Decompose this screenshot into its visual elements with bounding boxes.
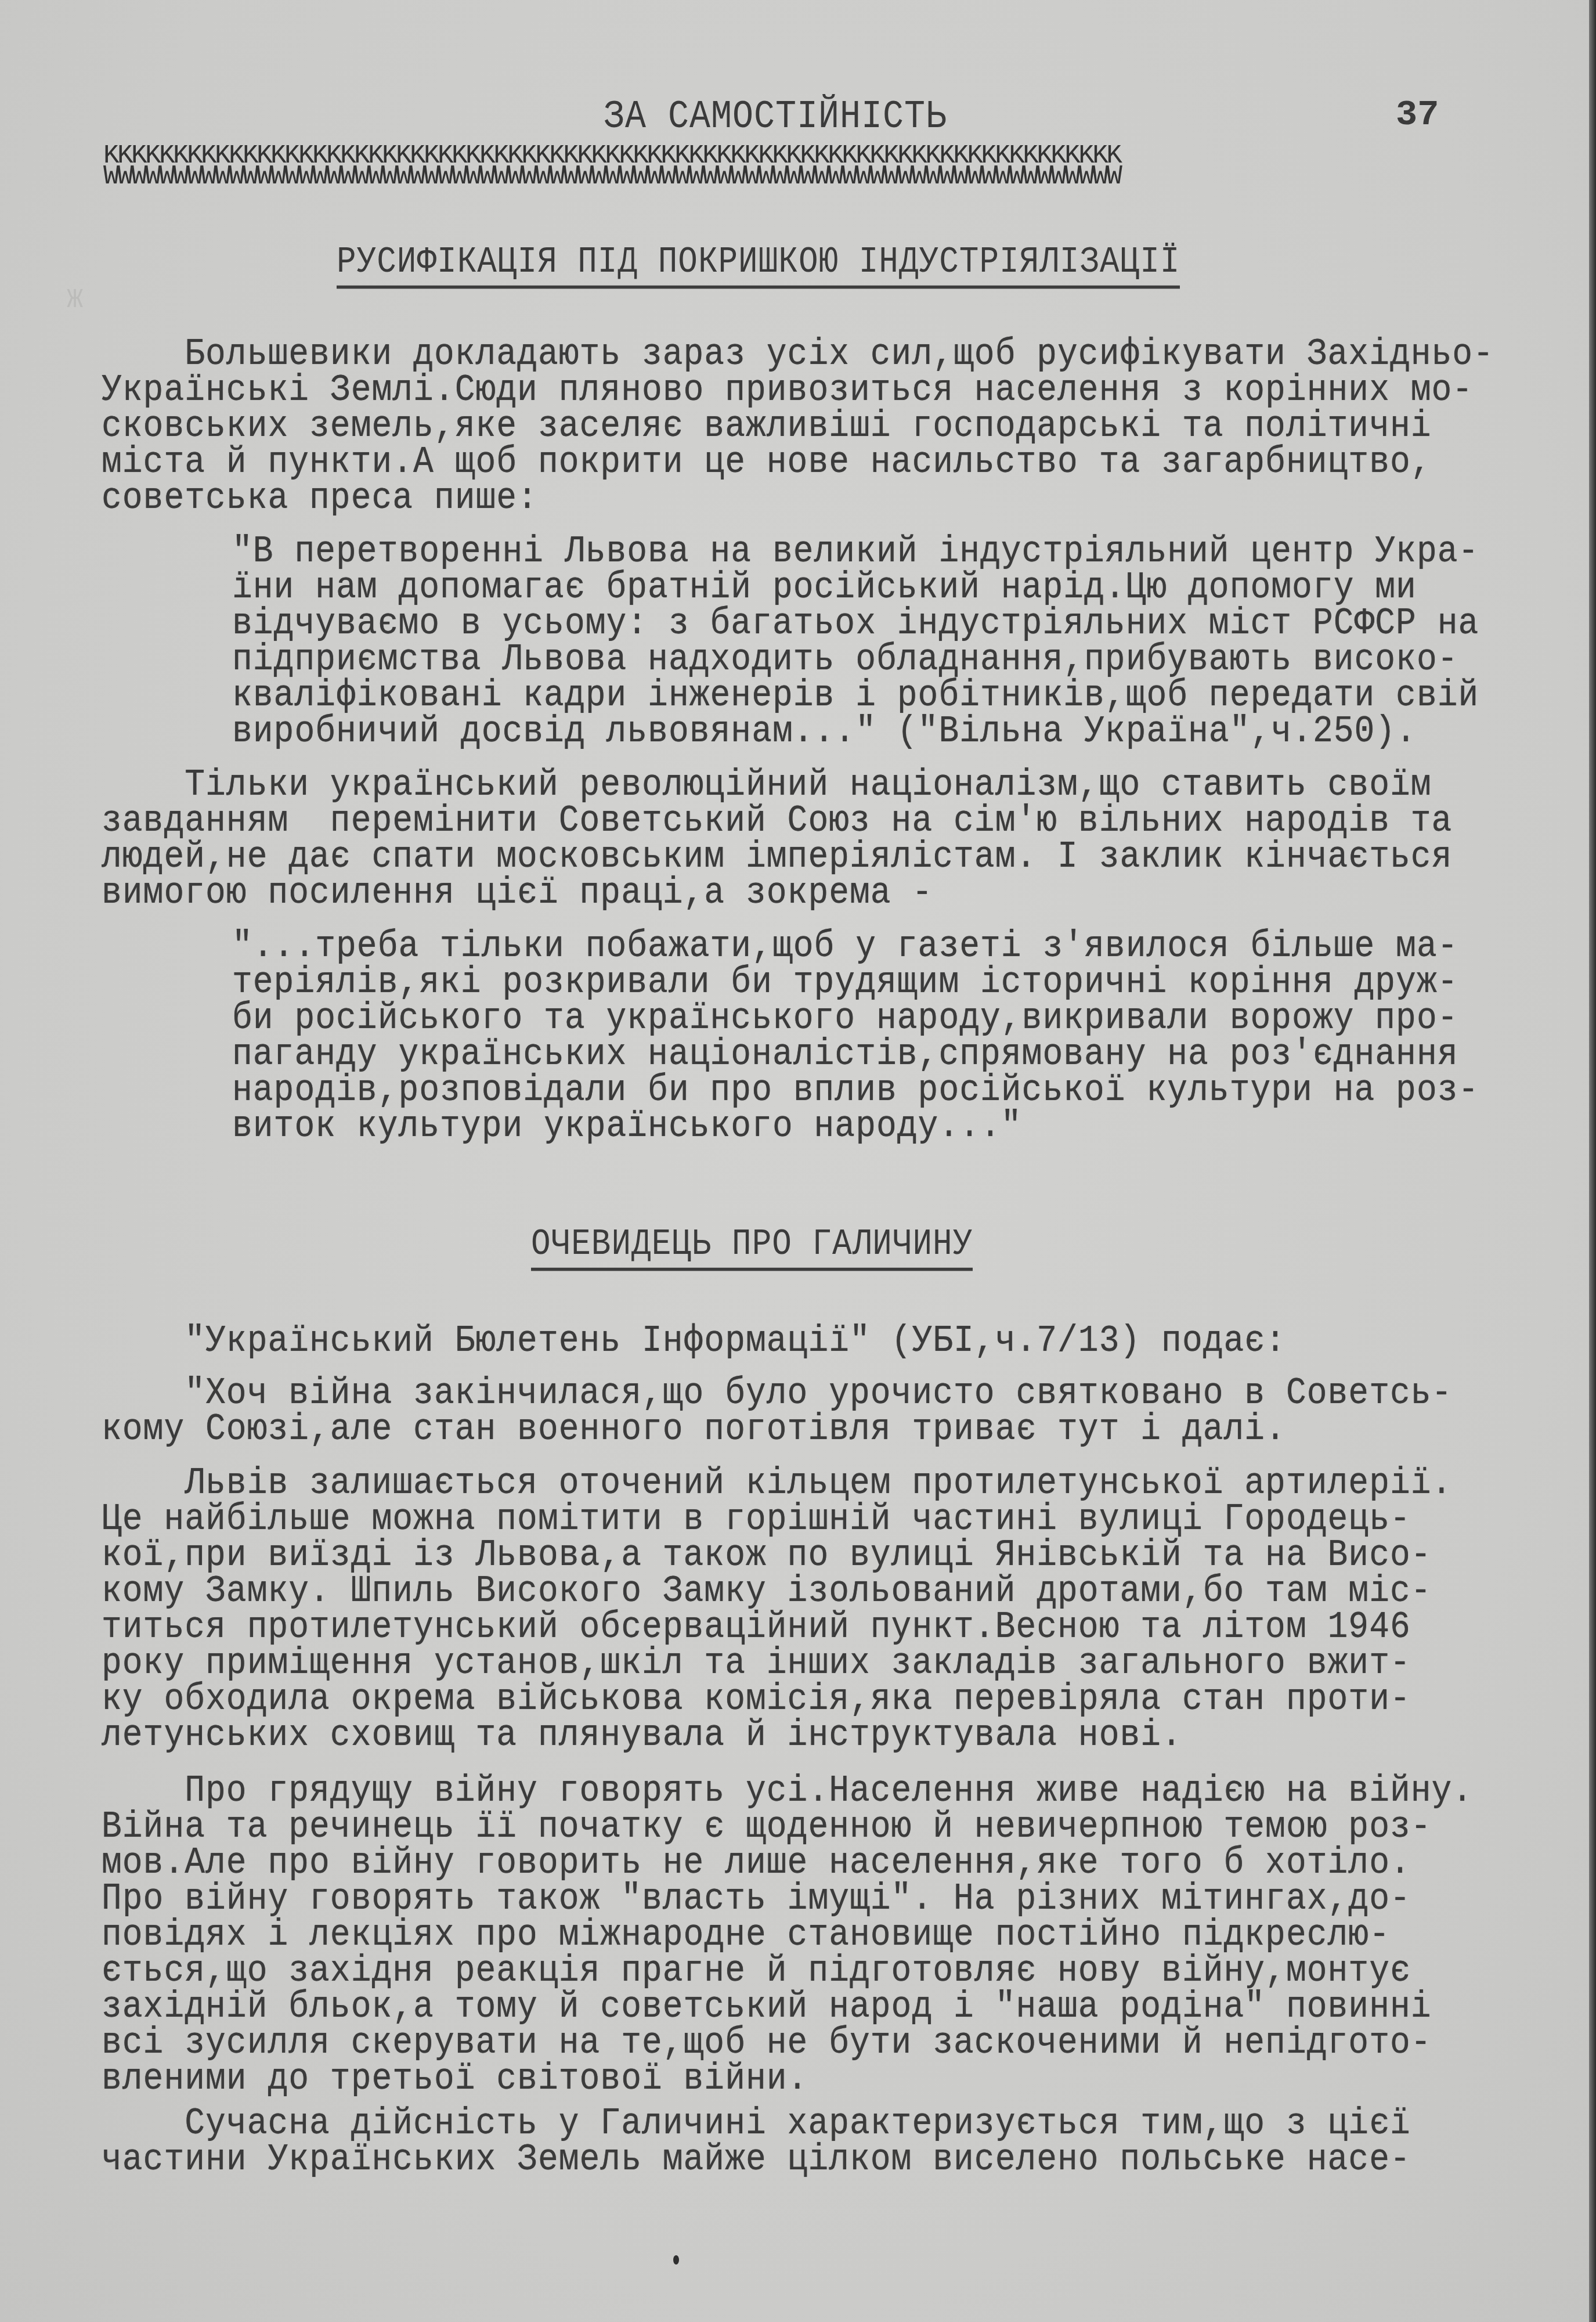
- paragraph: "Український Бюлетень Інформації" (УБІ,ч…: [102, 1324, 1483, 1360]
- paragraph: Тільки український революційний націонал…: [102, 767, 1483, 911]
- paragraph: Сучасна дійсність у Галичині характеризу…: [102, 2106, 1483, 2178]
- paragraph: Про грядущу війну говорять усі.Населення…: [102, 1773, 1483, 2097]
- decorative-border: KKKKKKKKKKKKKKKKKKKKKKKKKKKKKKKKKKKKKKKK…: [103, 145, 1485, 186]
- text-line: частини Українських Земель майже цілком …: [102, 2140, 1483, 2180]
- section-heading-russification: РУСИФІКАЦІЯ ПІД ПОКРИШКОЮ ІНДУСТРІЯЛІЗАЦ…: [337, 241, 1180, 289]
- paragraph: "Хоч війна закінчилася,що було урочисто …: [102, 1376, 1483, 1448]
- ornament-row-bottom: WWWWWWWWWWWWWWWWWWWWWWWWWWWWWWWWWWWWWWWW…: [103, 166, 1485, 186]
- text-line: виробничий досвід львовянам..." ("Вільна…: [232, 712, 1509, 752]
- text-line: "Український Бюлетень Інформації" (УБІ,ч…: [102, 1321, 1483, 1361]
- text-line: вимогою посилення цієї праці,а зокрема -: [102, 873, 1483, 913]
- block-quote: "...треба тільки побажати,щоб у газеті з…: [232, 929, 1509, 1145]
- text-line: вленими до третьої світової війни.: [102, 2059, 1483, 2099]
- text-line: кому Союзі,але стан военного поготівля т…: [102, 1409, 1483, 1450]
- journal-title: ЗА САМОСТІЙНІСТЬ: [604, 95, 947, 140]
- text-line: советська преса пише:: [102, 478, 1483, 518]
- section-heading-eyewitness: ОЧЕВИДЕЦЬ ПРО ГАЛИЧИНУ: [531, 1224, 973, 1271]
- block-quote: "В перетворенні Львова на великий індуст…: [232, 534, 1509, 750]
- page-number: 37: [1396, 94, 1439, 135]
- ink-speck: [673, 2255, 679, 2265]
- text-line: виток культури українського народу...": [232, 1106, 1509, 1146]
- text-line: летунських сховищ та плянувала й інструк…: [102, 1715, 1483, 1755]
- paragraph: Львів залишається оточений кільцем проти…: [102, 1466, 1483, 1754]
- paragraph: Большевики докладають зараз усіх сил,щоб…: [102, 337, 1483, 517]
- scan-edge: [1589, 0, 1596, 2322]
